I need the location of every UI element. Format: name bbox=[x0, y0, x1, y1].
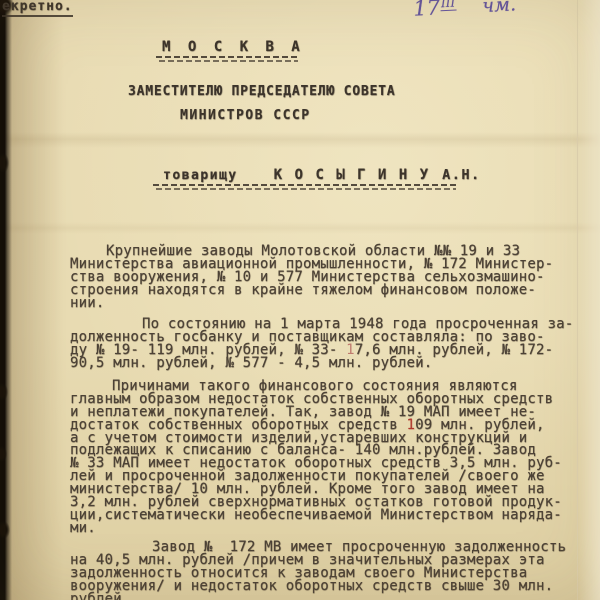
salutation-line: товарищуК О С Ы Г И Н УА.Н. bbox=[163, 167, 481, 198]
left-paper-shading bbox=[6, 0, 64, 600]
body-line: вооружения/ и недостаток оборотных средс… bbox=[70, 580, 586, 593]
addressee-line1: ЗАМЕСТИТЕЛЮ ПРЕДСЕДАТЕЛЮ СОВЕТА bbox=[128, 84, 395, 99]
salutation-name: К О С Ы Г И Н У bbox=[274, 167, 430, 183]
paragraph-4: Завод № 172 МВ имеет просроченную задолж… bbox=[70, 541, 586, 600]
handwritten-initials: чм. bbox=[482, 0, 517, 17]
horizontal-fold-crease bbox=[0, 132, 600, 148]
secrecy-stamp: екретно. bbox=[2, 0, 73, 17]
body-line: ми. bbox=[70, 522, 586, 535]
body-line: строения находятся в крайне тяжелом фина… bbox=[70, 284, 586, 297]
handwritten-date-note: 17IIIчм. bbox=[413, 0, 518, 45]
city-heading: М О С К В А bbox=[162, 39, 304, 55]
scan-artifact-blob bbox=[0, 383, 8, 401]
body-line: нии. bbox=[70, 297, 586, 310]
scan-artifact-blob bbox=[0, 153, 9, 173]
document-page: екретно. 17IIIчм. М О С К В А ЗАМЕСТИТЕЛ… bbox=[0, 0, 600, 600]
scan-artifact-blob bbox=[0, 446, 7, 462]
salutation-prefix: товарищу bbox=[163, 168, 238, 183]
handwritten-day: 17 bbox=[413, 0, 441, 21]
paragraph-1: Крупнейшие заводы Молотовской области №№… bbox=[70, 245, 586, 309]
scan-artifact-blob bbox=[0, 521, 10, 539]
scan-edge-left bbox=[0, 0, 12, 600]
horizontal-fold-crease bbox=[0, 222, 600, 234]
paragraph-3: Причинами такого финансового состояния я… bbox=[70, 380, 586, 535]
salutation-initials: А.Н. bbox=[442, 167, 481, 183]
paragraph-2: По состоянию на 1 марта 1948 года просро… bbox=[70, 318, 586, 370]
city-underline bbox=[156, 56, 298, 63]
salutation-underline bbox=[153, 184, 456, 191]
addressee-line2: МИНИСТРОВ СССР bbox=[180, 108, 311, 123]
body-line: ции,систематически необеспечиваемой Мини… bbox=[70, 509, 586, 522]
handwritten-month-roman: III bbox=[440, 0, 457, 11]
body-line: 90,5 млн. рублей, № 577 - 4,5 млн. рубле… bbox=[70, 357, 586, 370]
